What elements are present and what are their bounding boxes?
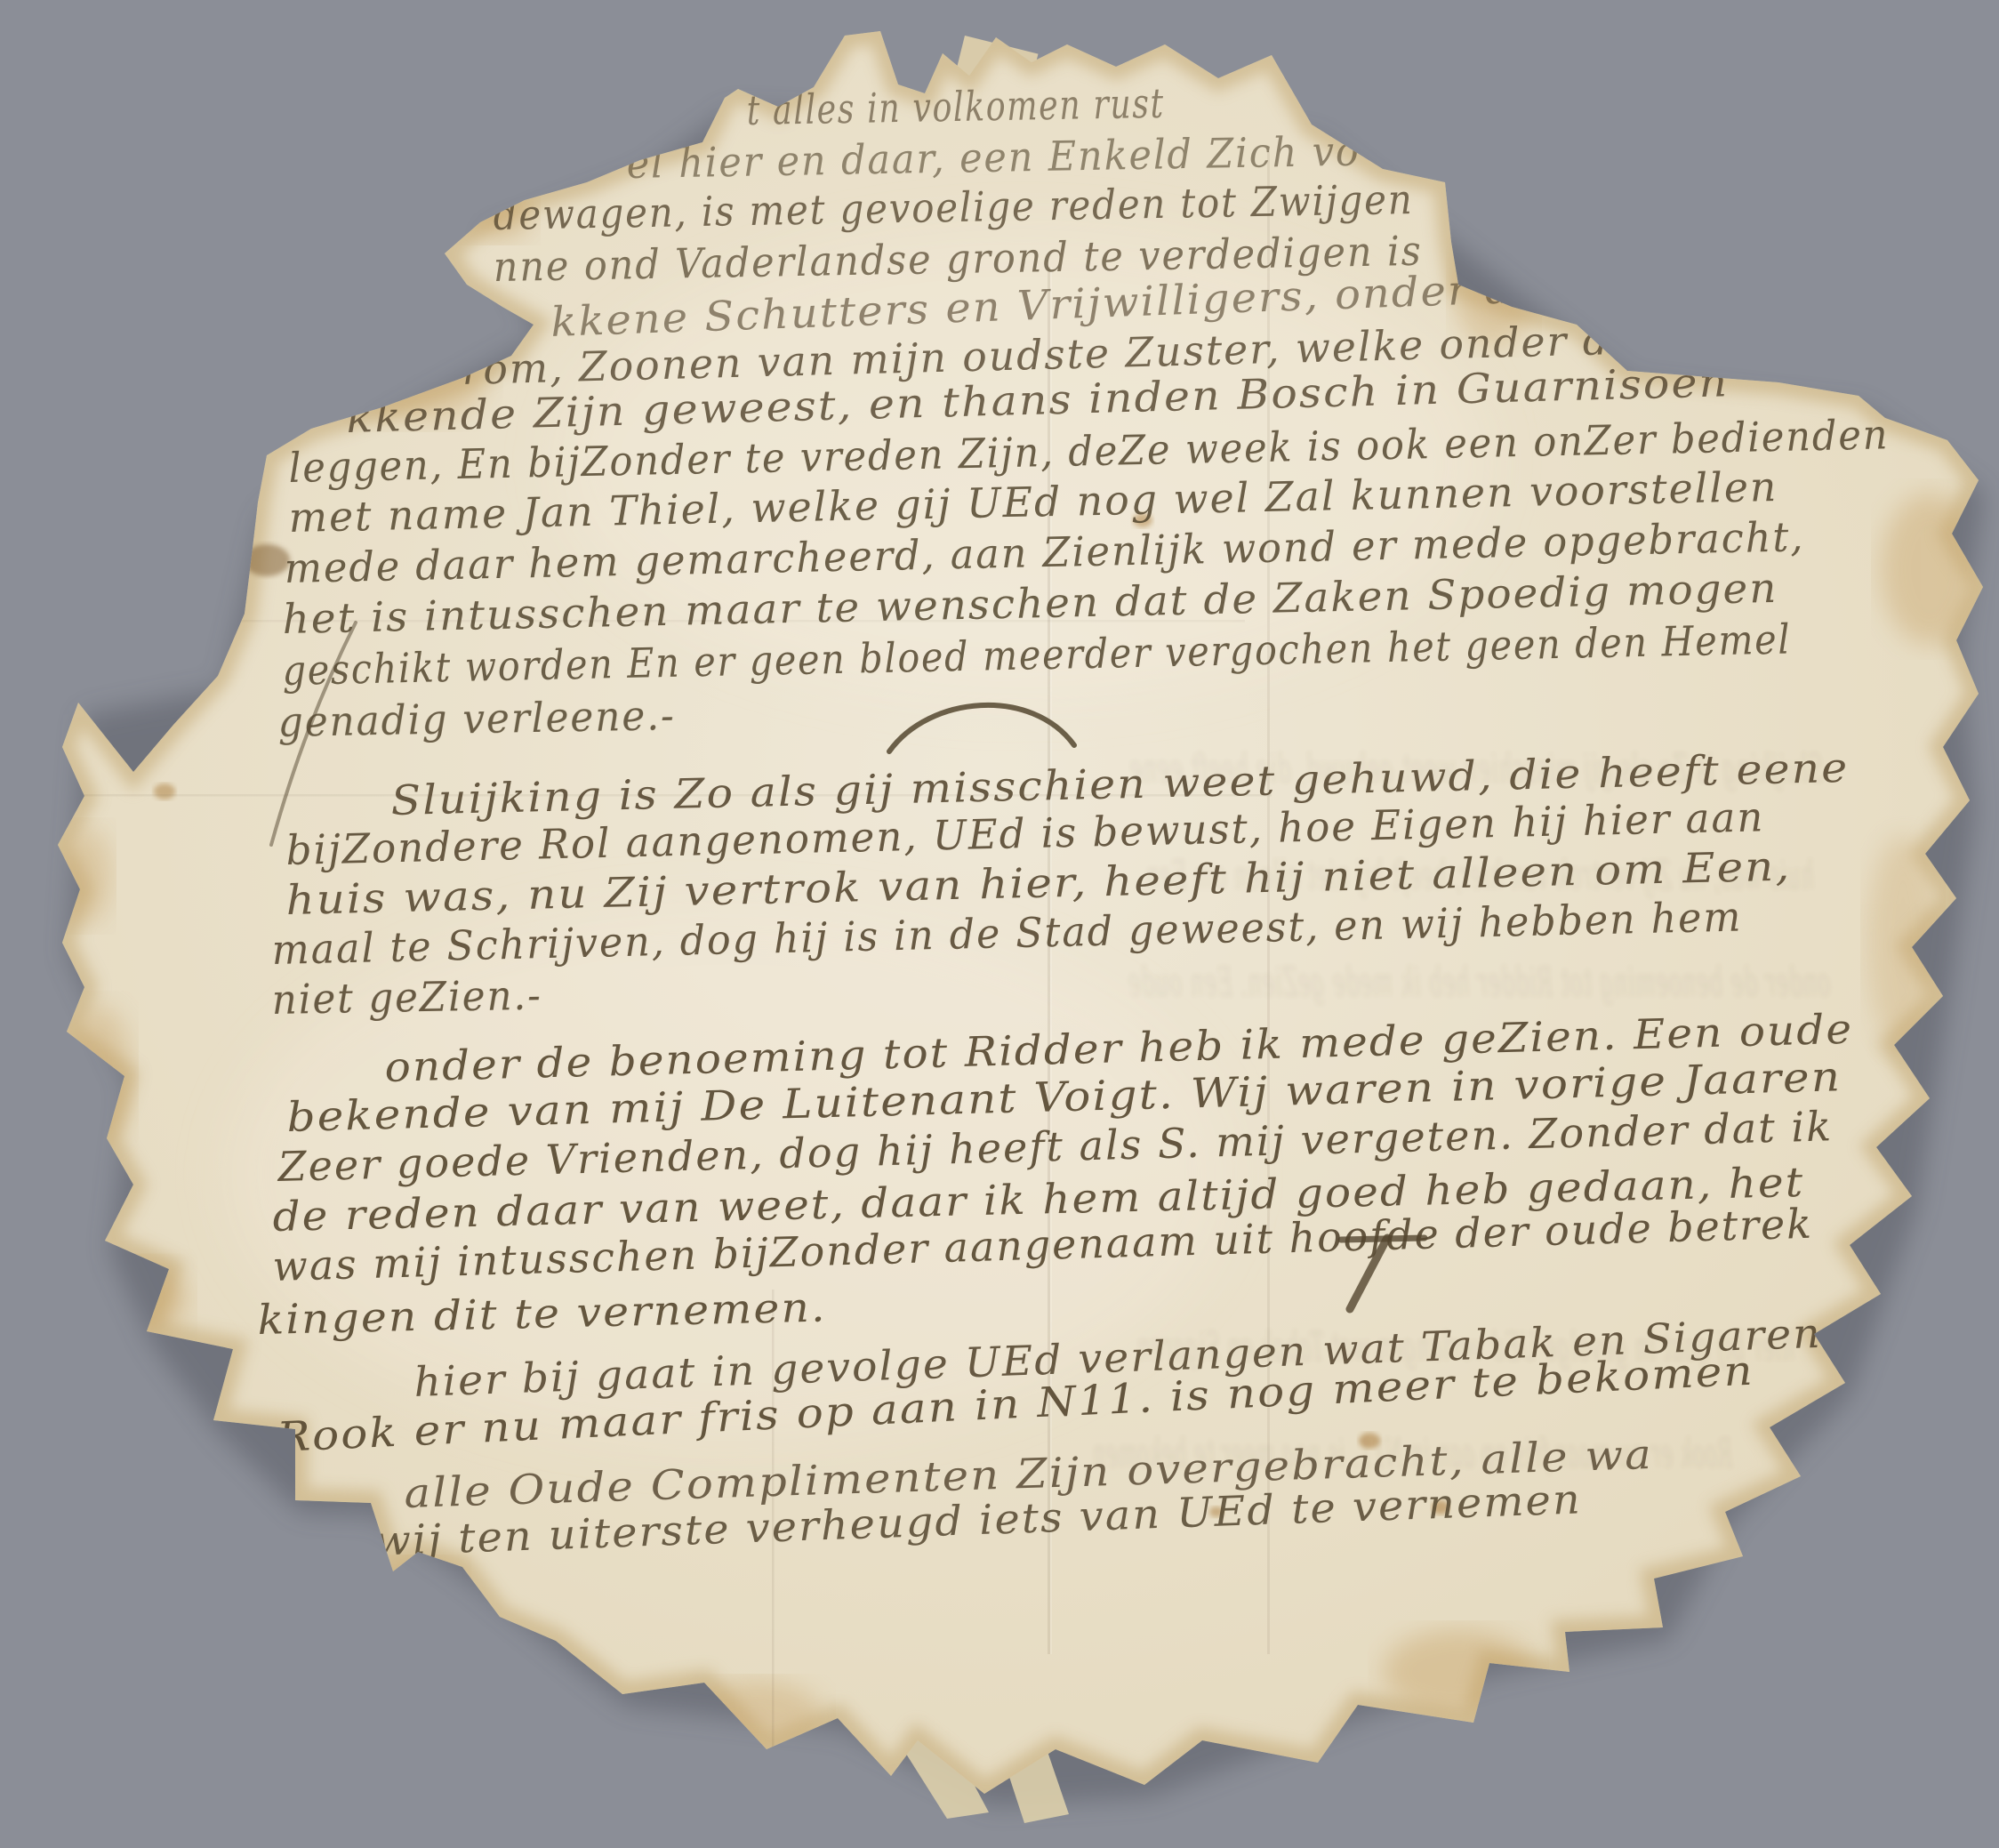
fox-spot-left-mid: [154, 783, 175, 799]
heavy-stroke-bar: [1341, 1238, 1425, 1240]
bleed-line: onder de benoeming tot Ridder heb ik med…: [1128, 958, 1830, 1006]
photograph-of-letter: Sluijking is Zo als gij misschien weet g…: [0, 0, 1999, 1848]
letter-line: niet geZien.-: [271, 971, 542, 1024]
letter-line: genadig verleene.-: [277, 691, 676, 746]
